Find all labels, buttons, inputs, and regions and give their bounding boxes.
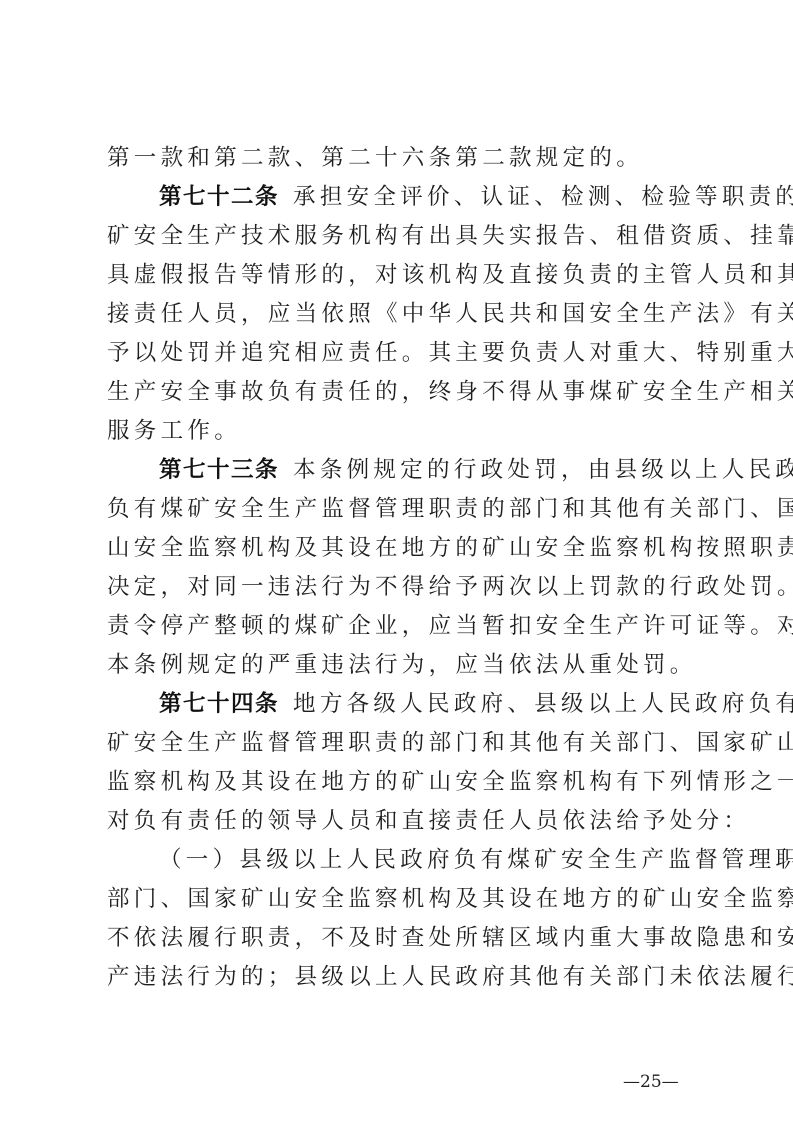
paragraph-line: 对负有责任的领导人员和直接责任人员依法给予处分： (107, 806, 699, 845)
line-text: 接责任人员，应当依照《中华人民共和国安全生产法》有关规定 (107, 301, 793, 327)
paragraph-line: 部门、国家矿山安全监察机构及其设在地方的矿山安全监察机构 (107, 884, 699, 923)
document-page-body: 第一款和第二款、第二十六条第二款规定的。 第七十二条承担安全评价、认证、检测、检… (107, 143, 699, 1001)
paragraph-line: 予以处罚并追究相应责任。其主要负责人对重大、特别重大煤矿 (107, 338, 699, 377)
line-text: 监察机构及其设在地方的矿山安全监察机构有下列情形之一的， (107, 769, 793, 795)
paragraph-line: 第一款和第二款、第二十六条第二款规定的。 (107, 143, 699, 182)
line-text: 负有煤矿安全生产监督管理职责的部门和其他有关部门、国家矿 (107, 496, 793, 522)
paragraph-line: 不依法履行职责，不及时查处所辖区域内重大事故隐患和安全生 (107, 923, 699, 962)
paragraph-line: 责令停产整顿的煤矿企业，应当暂扣安全生产许可证等。对违反 (107, 611, 699, 650)
article-title: 第七十二条 (159, 184, 279, 210)
line-text: 对负有责任的领导人员和直接责任人员依法给予处分： (107, 808, 750, 834)
line-text: 决定，对同一违法行为不得给予两次以上罚款的行政处罚。对被 (107, 574, 793, 600)
paragraph-line: 本条例规定的严重违法行为，应当依法从重处罚。 (107, 650, 699, 689)
article-title: 第七十四条 (159, 691, 279, 717)
paragraph-line: 矿安全生产技术服务机构有出具失实报告、租借资质、挂靠、出 (107, 221, 699, 260)
paragraph-line: 决定，对同一违法行为不得给予两次以上罚款的行政处罚。对被 (107, 572, 699, 611)
line-text: 责令停产整顿的煤矿企业，应当暂扣安全生产许可证等。对违反 (107, 613, 793, 639)
line-text: 矿安全生产监督管理职责的部门和其他有关部门、国家矿山安全 (107, 730, 793, 756)
line-text: 予以处罚并追究相应责任。其主要负责人对重大、特别重大煤矿 (107, 340, 793, 366)
page-number: —25— (623, 1072, 679, 1092)
line-text: 山安全监察机构及其设在地方的矿山安全监察机构按照职责分工 (107, 535, 793, 561)
line-text: 承担安全评价、认证、检测、检验等职责的煤 (293, 184, 793, 210)
line-text: 矿安全生产技术服务机构有出具失实报告、租借资质、挂靠、出 (107, 223, 793, 249)
article-72-heading-line: 第七十二条承担安全评价、认证、检测、检验等职责的煤 (107, 182, 699, 221)
article-title: 第七十三条 (159, 457, 279, 483)
clause-1-line: （一）县级以上人民政府负有煤矿安全生产监督管理职责的 (107, 845, 699, 884)
line-text: 产违法行为的；县级以上人民政府其他有关部门未依法履行煤矿 (107, 964, 793, 990)
line-text: 第一款和第二款、第二十六条第二款规定的。 (107, 145, 643, 171)
article-74-heading-line: 第七十四条地方各级人民政府、县级以上人民政府负有煤 (107, 689, 699, 728)
line-text: 地方各级人民政府、县级以上人民政府负有煤 (293, 691, 793, 717)
line-text: 部门、国家矿山安全监察机构及其设在地方的矿山安全监察机构 (107, 886, 793, 912)
line-text: 生产安全事故负有责任的，终身不得从事煤矿安全生产相关技术 (107, 379, 793, 405)
paragraph-line: 监察机构及其设在地方的矿山安全监察机构有下列情形之一的， (107, 767, 699, 806)
paragraph-line: 矿安全生产监督管理职责的部门和其他有关部门、国家矿山安全 (107, 728, 699, 767)
article-73-heading-line: 第七十三条本条例规定的行政处罚，由县级以上人民政府 (107, 455, 699, 494)
paragraph-line: 山安全监察机构及其设在地方的矿山安全监察机构按照职责分工 (107, 533, 699, 572)
paragraph-line: 负有煤矿安全生产监督管理职责的部门和其他有关部门、国家矿 (107, 494, 699, 533)
paragraph-line: 服务工作。 (107, 416, 699, 455)
paragraph-line: 产违法行为的；县级以上人民政府其他有关部门未依法履行煤矿 (107, 962, 699, 1001)
paragraph-line: 生产安全事故负有责任的，终身不得从事煤矿安全生产相关技术 (107, 377, 699, 416)
line-text: 本条例规定的行政处罚，由县级以上人民政府 (293, 457, 793, 483)
paragraph-line: 具虚假报告等情形的，对该机构及直接负责的主管人员和其他直 (107, 260, 699, 299)
line-text: （一）县级以上人民政府负有煤矿安全生产监督管理职责的 (159, 847, 793, 873)
paragraph-line: 接责任人员，应当依照《中华人民共和国安全生产法》有关规定 (107, 299, 699, 338)
line-text: 服务工作。 (107, 418, 241, 444)
line-text: 具虚假报告等情形的，对该机构及直接负责的主管人员和其他直 (107, 262, 793, 288)
line-text: 不依法履行职责，不及时查处所辖区域内重大事故隐患和安全生 (107, 925, 793, 951)
line-text: 本条例规定的严重违法行为，应当依法从重处罚。 (107, 652, 697, 678)
